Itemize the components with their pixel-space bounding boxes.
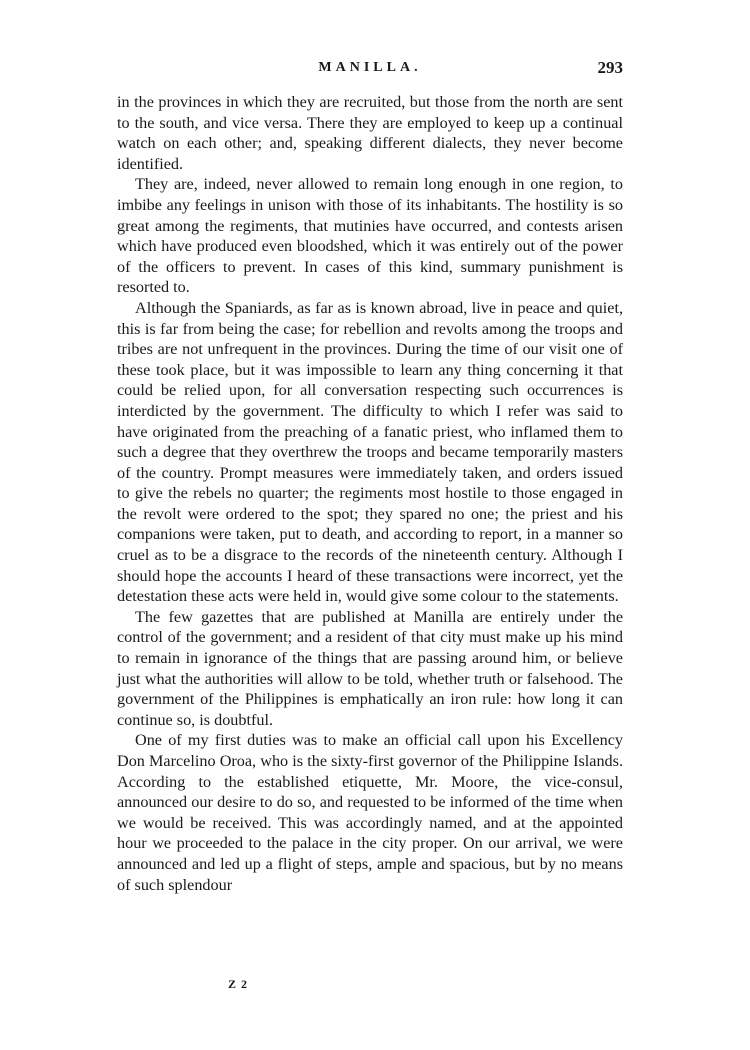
running-head: MANILLA. 293	[117, 58, 623, 80]
book-page: MANILLA. 293 in the provinces in which t…	[0, 0, 750, 1050]
body-text: in the provinces in which they are recru…	[117, 92, 623, 895]
page-number: 293	[598, 58, 624, 78]
paragraph-continued: in the provinces in which they are recru…	[117, 92, 623, 174]
paragraph: Although the Spaniards, as far as is kno…	[117, 298, 623, 607]
running-title: MANILLA.	[117, 60, 623, 76]
paragraph: The few gazettes that are published at M…	[117, 607, 623, 731]
paragraph: They are, indeed, never allowed to remai…	[117, 174, 623, 298]
signature-mark: Z 2	[228, 977, 248, 992]
paragraph: One of my first duties was to make an of…	[117, 730, 623, 895]
